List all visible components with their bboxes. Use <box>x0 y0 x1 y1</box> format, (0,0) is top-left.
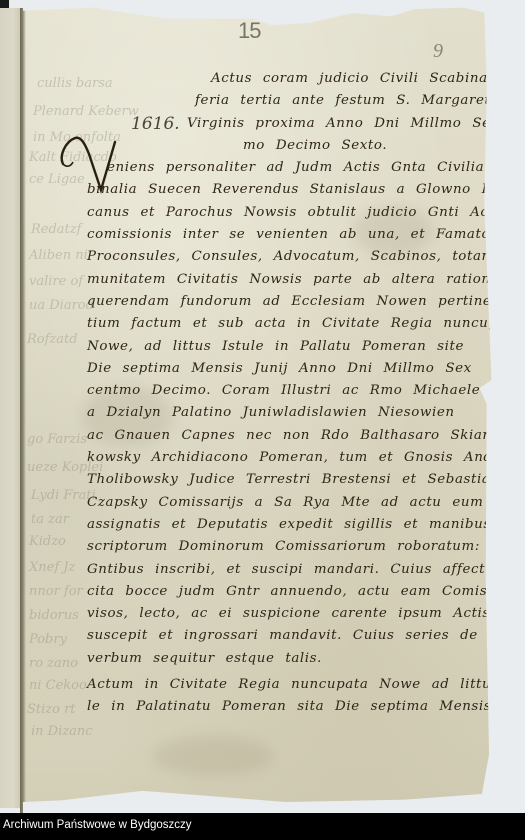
text-line: kowsky Archidiacono Pomeran, tum et Gnos… <box>87 447 497 469</box>
text-line: ac Gnauen Capnes nec non Rdo Balthasaro … <box>87 425 497 447</box>
text-line: Tholibowsky Judice Terrestri Brestensi e… <box>87 469 497 491</box>
folio-number: 15 <box>238 18 260 44</box>
heading-line: Actus coram judicio Civili Scabinali Sue… <box>87 68 497 90</box>
pencil-folio-mark: 9 <box>433 40 443 63</box>
text-line: binalia Suecen Reverendus Stanislaus a G… <box>87 179 497 201</box>
bleed-through-text: ua Diarod <box>29 292 94 320</box>
text-line: Gntibus inscribi, et suscipi mandari. Cu… <box>87 559 497 581</box>
bleed-through-text: Redatzf <box>31 216 81 244</box>
text-line: munitatem Civitatis Nowsis parte ab alte… <box>87 269 497 291</box>
text-line: assignatis et Deputatis expedit sigillis… <box>87 514 497 536</box>
document-scan: cullis barsa Plenard Keberw in Mo onfolt… <box>0 0 525 813</box>
paper-stain <box>153 736 273 776</box>
text-line: centmo Decimo. Coram Illustri ac Rmo Mic… <box>87 380 497 402</box>
text-line: eniens personaliter ad Judm Actis Gnta C… <box>87 157 497 179</box>
text-line: Czapsky Comissarijs a Sa Rya Mte ad actu… <box>87 492 497 514</box>
manuscript-page: cullis barsa Plenard Keberw in Mo onfolt… <box>23 6 501 802</box>
text-line: suscepit et ingrossari mandavit. Cuius s… <box>87 625 497 647</box>
text-line: verbum sequitur estque talis. <box>87 648 497 670</box>
text-line: visos, lecto, ac ei suspicione carente i… <box>87 603 497 625</box>
bleed-through-text: Kidzo <box>29 528 66 556</box>
facing-page-edge <box>0 8 22 808</box>
attribution-footer: Archiwum Państwowe w Bydgoszczy <box>0 813 525 840</box>
bleed-through-text: Rofzatd <box>27 326 78 354</box>
heading-line: feria tertia ante festum S. Margarethae <box>87 90 497 112</box>
text-line: cita bocce judm Gntr annuendo, actu eam … <box>87 581 497 603</box>
heading-line: mo Decimo Sexto. <box>87 135 497 157</box>
text-line: Actum in Civitate Regia nuncupata Nowe a… <box>87 674 497 696</box>
text-line: scriptorum Dominorum Comissariorum robor… <box>87 536 497 558</box>
bleed-through-text: Aliben ni <box>29 242 88 270</box>
binding-fold <box>20 8 23 813</box>
text-line: Proconsules, Consules, Advocatum, Scabin… <box>87 246 497 268</box>
text-line: Die septima Mensis Junij Anno Dni Millmo… <box>87 358 497 380</box>
bleed-through-text: in Dizanc <box>31 718 93 746</box>
text-line: querendam fundorum ad Ecclesiam Nowen pe… <box>87 291 497 313</box>
text-line: tium factum et sub acta in Civitate Regi… <box>87 313 497 335</box>
text-line: comissionis inter se venienten ab una, e… <box>87 224 497 246</box>
manuscript-text-block: Actus coram judicio Civili Scabinali Sue… <box>87 68 497 719</box>
text-line: le in Palatinatu Pomeran sita Die septim… <box>87 696 497 718</box>
bleed-through-text: go Farzis <box>27 426 87 454</box>
page-gutter-shadow <box>23 6 26 802</box>
text-line: a Dzialyn Palatino Juniwladislawien Nies… <box>87 402 497 424</box>
text-line: canus et Parochus Nowsis obtulit judicio… <box>87 202 497 224</box>
heading-line: Virginis proxima Anno Dni Millmo Sexcent <box>87 113 497 135</box>
text-line: Nowe, ad littus Istule in Pallatu Pomera… <box>87 336 497 358</box>
archive-document-viewer: cullis barsa Plenard Keberw in Mo onfolt… <box>0 0 525 840</box>
archive-attribution: Archiwum Państwowe w Bydgoszczy <box>3 819 192 831</box>
